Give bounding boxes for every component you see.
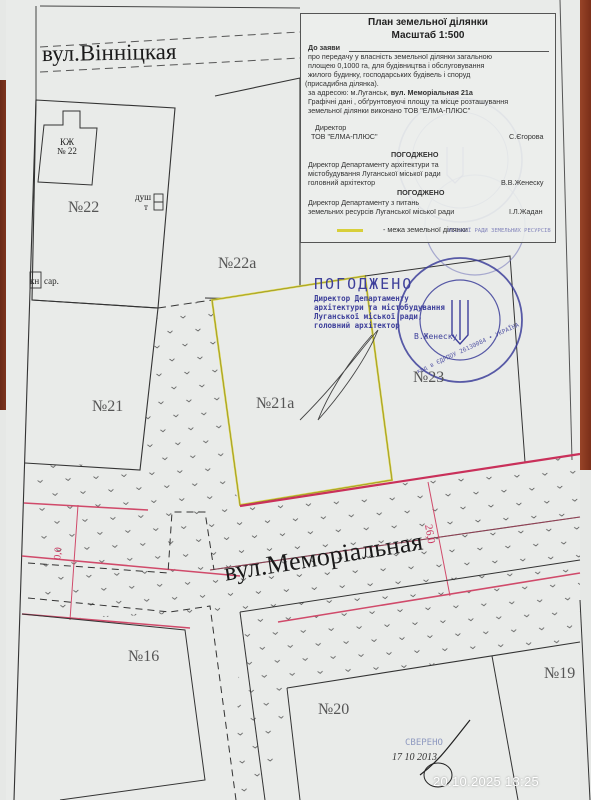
agreed2-line-1: Директор Департаменту з питань (308, 198, 419, 207)
verified-date: 17 10 2013 (392, 752, 437, 763)
desc-line-4: (присадибна ділянка). (305, 79, 379, 88)
shower-label: душ (135, 192, 151, 202)
address-prefix: за адресою: м.Луганськ, (308, 88, 389, 97)
toilet-label: т (144, 202, 148, 212)
application-label: До заяви (308, 43, 340, 52)
plot-20-label: №20 (318, 701, 349, 719)
stamp-heading: ПОГОДЖЕНО (314, 275, 413, 293)
seal2-text: МІСЬКОЇ РАДИ ЗЕМЕЛЬНИХ РЕСУРСІВ (448, 228, 551, 234)
graphic-line-1: Графічні дані , обґрунтовуючі площу та м… (308, 97, 508, 106)
director-label: Директор (315, 123, 346, 132)
graphic-line-2: земельної ділянки виконано ТОВ "ЕЛМА-ПЛЮ… (308, 106, 470, 115)
agreed-heading-2: ПОГОДЖЕНО (397, 188, 444, 197)
street-label-vinnitska: вул.Вінніцкая (42, 39, 177, 67)
agreed-heading-1: ПОГОДЖЕНО (391, 150, 438, 159)
plot-16-label: №16 (128, 648, 159, 666)
agreed2-line-2: земельних ресурсів Луганської міської ра… (308, 207, 454, 216)
plan-title: План земельної ділянки (301, 17, 555, 28)
kn-label: кн (30, 276, 39, 286)
plot-19-label: №19 (544, 665, 575, 683)
title-block: План земельної ділянки Масштаб 1:500 До … (300, 13, 556, 243)
agreed1-line-3: головний архітектор (308, 178, 375, 187)
plan-scale: Масштаб 1:500 (301, 30, 555, 41)
address-value: вул. Меморіальная 21а (391, 88, 473, 97)
agreed1-name: В.В.Женеску (501, 178, 544, 187)
stamp-line-2: архітектури та містобудування (314, 303, 445, 312)
agreed2-name: І.Л.Жадан (509, 207, 543, 216)
company-name: ТОВ "ЕЛМА-ПЛЮС" (311, 132, 378, 141)
director-name: С.Єгорова (509, 132, 544, 141)
stamp-line-4: головний архітектор (314, 321, 400, 330)
plot-21-label: №21 (92, 398, 123, 416)
stamp-line-3: Луганської міської ради, (314, 312, 422, 321)
desc-line-1: про передачу у власність земельної ділян… (308, 52, 492, 61)
building-kzh-number: № 22 (57, 146, 77, 156)
desc-line-3: жилого будинку, господарських будівель і… (308, 70, 470, 79)
agreed1-line-2: містобудування Луганської міської ради (308, 169, 441, 178)
plot-22a-label: №22а (218, 255, 256, 273)
stamp-line-1: Директор Департаменту (314, 294, 409, 303)
verified-stamp: СВЕРЕНО (405, 738, 443, 748)
photo-timestamp: 20.10.2025 18:25 (433, 774, 539, 789)
plot-22-label: №22 (68, 199, 99, 217)
shed-label: сар. (44, 276, 59, 286)
boundary-legend-swatch (337, 229, 363, 232)
address-line: за адресою: м.Луганськ, вул. Меморіальна… (308, 88, 473, 97)
agreed1-line-1: Директор Департаменту архітектури та (308, 160, 439, 169)
stamp-name: В.Женеску (414, 332, 457, 341)
desc-line-2: площею 0,1000 га, для будівництва і обсл… (308, 61, 484, 70)
dimension-left-label: 0,0 (52, 547, 64, 560)
plot-21a-label: №21а (256, 395, 294, 413)
